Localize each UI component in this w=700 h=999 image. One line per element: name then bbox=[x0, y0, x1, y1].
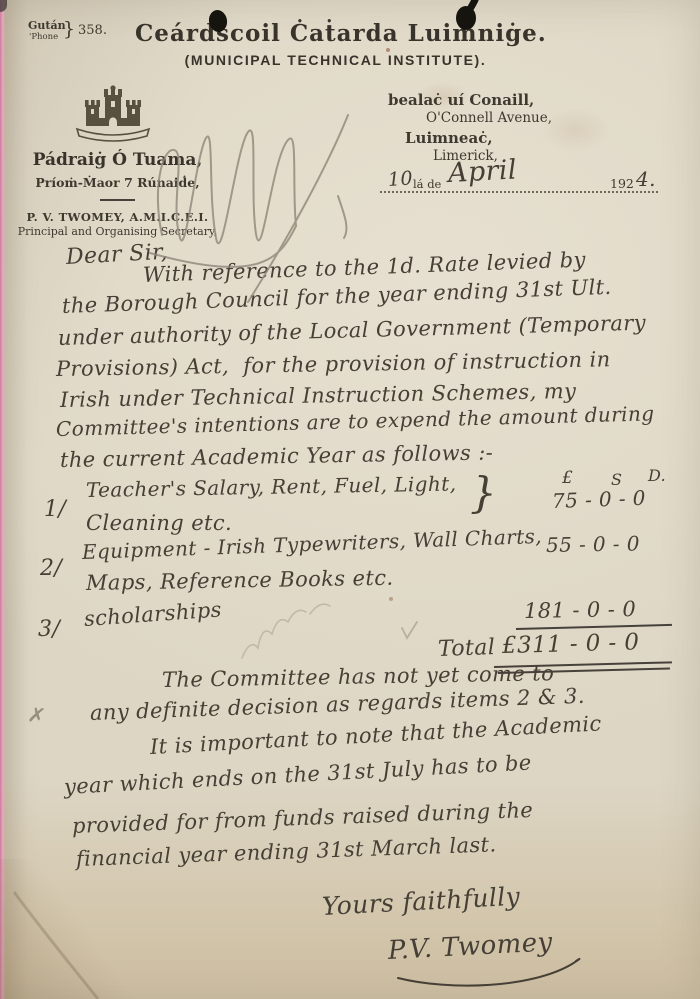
phone-label-gaelic: Gután bbox=[28, 19, 66, 32]
handwritten-line: provided for from funds raised during th… bbox=[72, 798, 534, 838]
rust-dot bbox=[389, 597, 393, 601]
paper-crease bbox=[0, 859, 150, 999]
phone-label-english: 'Phone bbox=[29, 32, 58, 42]
ledger-col-pounds: £ bbox=[562, 468, 573, 488]
item-desc: Maps, Reference Books etc. bbox=[86, 566, 394, 595]
date-printed-year: 192 bbox=[610, 176, 634, 191]
pencil-note-scribble bbox=[242, 604, 330, 658]
handwritten-line: year which ends on the 31st July has to … bbox=[63, 751, 532, 799]
principal-name-gaelic: Pádraiġ Ó Tuama, bbox=[15, 150, 220, 170]
signoff: Yours faithfully bbox=[321, 882, 521, 921]
limerick-castle-crest-icon bbox=[70, 84, 156, 148]
item-amount: 75 - 0 - 0 bbox=[552, 486, 647, 513]
item-number: 3/ bbox=[38, 617, 60, 642]
pencil-check-mark bbox=[402, 622, 417, 638]
ledger-col-pence: D. bbox=[648, 466, 666, 485]
date-month: April bbox=[447, 154, 517, 189]
phone-brace: } bbox=[63, 18, 75, 40]
total-amount: £311 - 0 - 0 bbox=[502, 629, 640, 659]
item-desc: Cleaning etc. bbox=[86, 511, 232, 535]
handwritten-line: Provisions) Act, for the provision of in… bbox=[56, 347, 611, 381]
principal-title-gaelic: Príoṁ-Ṁaor 7 Rúnaiḋe, bbox=[15, 175, 220, 190]
address-gaelic-1: bealaċ uí Conaill, bbox=[388, 91, 534, 109]
item-number: 2/ bbox=[40, 556, 62, 581]
sum-rule bbox=[516, 624, 672, 630]
date-printed-mid: lá de bbox=[413, 177, 441, 191]
item-amount: 181 - 0 - 0 bbox=[524, 597, 637, 623]
phone-number: 358. bbox=[78, 23, 107, 38]
signature: P.V. Twomey bbox=[387, 927, 553, 966]
scan-background-edge bbox=[0, 0, 5, 999]
handwritten-line: the current Academic Year as follows :- bbox=[60, 440, 494, 472]
school-name-gaelic: Ceárdscoil Ċaṫarda Luimniġe. bbox=[135, 20, 530, 47]
address-gaelic-2: Luimneaċ, bbox=[405, 129, 493, 147]
date-year-digit: 4. bbox=[636, 167, 656, 191]
item-desc: scholarships bbox=[83, 597, 222, 631]
principal-name-english: P. V. TWOMEY, A.M.I.C.E.I. bbox=[15, 210, 220, 224]
pencil-x-mark: ✗ bbox=[26, 702, 48, 729]
corner-blemish bbox=[0, 0, 7, 12]
handwritten-line: under authority of the Local Government … bbox=[58, 311, 647, 350]
principal-title-english: Principal and Organising Secretary, bbox=[15, 225, 220, 238]
scanned-letter-page: Gután 'Phone } 358. Ceárdscoil Ċaṫarda L… bbox=[0, 0, 700, 999]
item-brace: } bbox=[470, 468, 497, 517]
letterhead-divider bbox=[100, 199, 135, 201]
school-name-english: (MUNICIPAL TECHNICAL INSTITUTE). bbox=[168, 52, 503, 68]
date-day: 10 bbox=[387, 167, 413, 191]
total-label: Total bbox=[438, 635, 496, 662]
handwritten-line: financial year ending 31st March last. bbox=[76, 832, 497, 871]
item-amount: 55 - 0 - 0 bbox=[546, 531, 640, 557]
address-english-1: O'Connell Avenue, bbox=[426, 110, 552, 126]
item-number: 1/ bbox=[44, 497, 66, 522]
item-desc: Teacher's Salary, Rent, Fuel, Light, bbox=[86, 472, 457, 502]
